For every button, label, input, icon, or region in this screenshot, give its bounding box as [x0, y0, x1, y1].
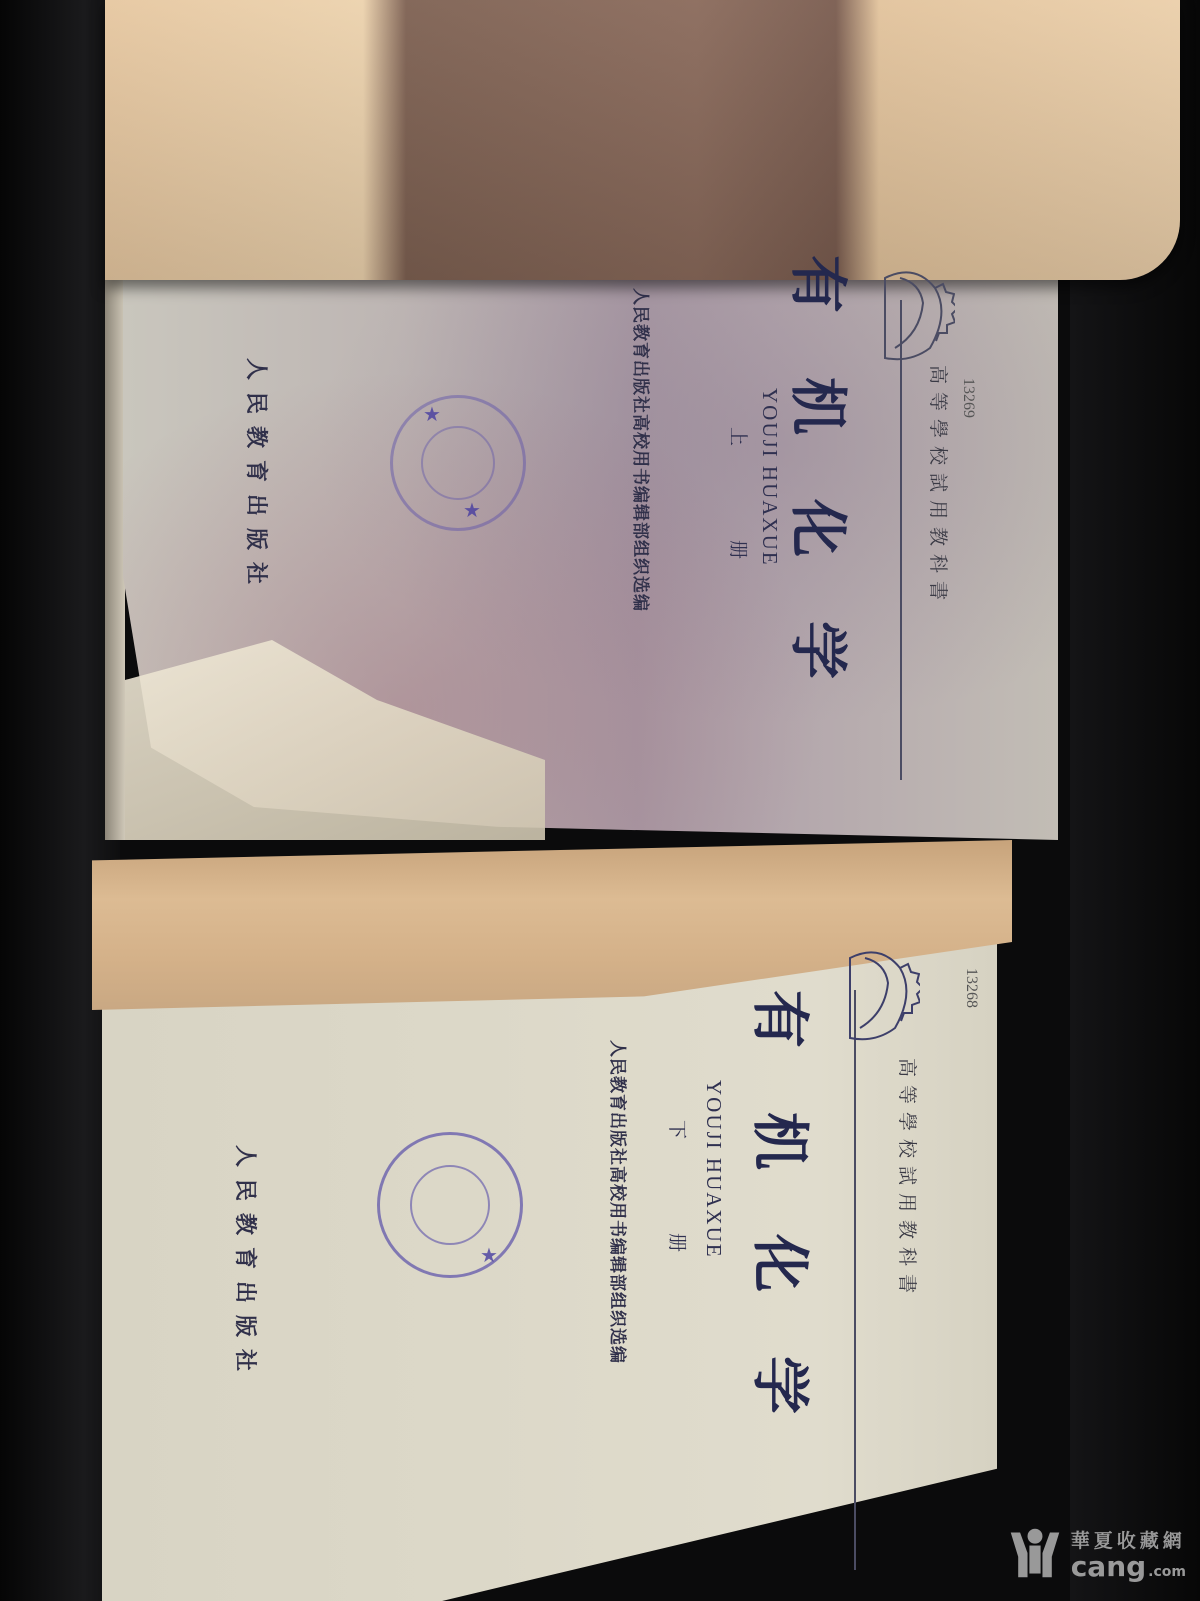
star-icon: ★	[480, 1243, 498, 1267]
series-label: 高等學校試用教科書	[895, 1058, 922, 1301]
book-title: 有机化学	[781, 255, 865, 743]
book-top: 13269 高等學校試用教科書 有机化学 YOUJI HUAXUE 上 册 人民…	[105, 0, 1190, 850]
volume-label: 下 册	[665, 1120, 692, 1296]
publisher-name: 人民教育出版社	[242, 358, 273, 596]
cang-logo-icon	[1007, 1525, 1063, 1581]
cover-frame-line	[900, 300, 902, 780]
gear-emblem-icon	[875, 258, 955, 368]
series-label: 高等學校試用教科書	[926, 365, 953, 608]
library-stamp: ★	[377, 1132, 523, 1278]
book-title: 有机化学	[743, 990, 827, 1478]
star-icon: ★	[423, 402, 441, 426]
watermark-name-cn: 華夏收藏網	[1071, 1526, 1186, 1553]
folded-cover-flap	[105, 0, 1180, 280]
publisher-name: 人民教育出版社	[231, 1145, 262, 1383]
editor-line: 人民教育出版社高校用书编辑部组织选编	[630, 288, 655, 612]
gear-emblem-icon	[840, 938, 920, 1048]
watermark: 華夏收藏網 cang.com	[1007, 1525, 1186, 1581]
library-stamp: ★ ★	[390, 395, 526, 531]
book-code: 13269	[959, 378, 977, 418]
book-title-pinyin: YOUJI HUAXUE	[701, 1080, 726, 1259]
star-icon: ★	[463, 498, 481, 522]
book-title-pinyin: YOUJI HUAXUE	[757, 388, 782, 567]
volume-label: 上 册	[726, 427, 753, 603]
book-code: 13268	[962, 968, 980, 1008]
cover-frame-line	[854, 990, 856, 1570]
editor-line: 人民教育出版社高校用书编辑部组织选编	[607, 1040, 632, 1364]
book-bottom: 13268 高等學校試用教科書 有机化学 YOUJI HUAXUE 下 册 人民…	[92, 840, 1012, 1601]
watermark-name-en: cang.com	[1071, 1553, 1186, 1581]
